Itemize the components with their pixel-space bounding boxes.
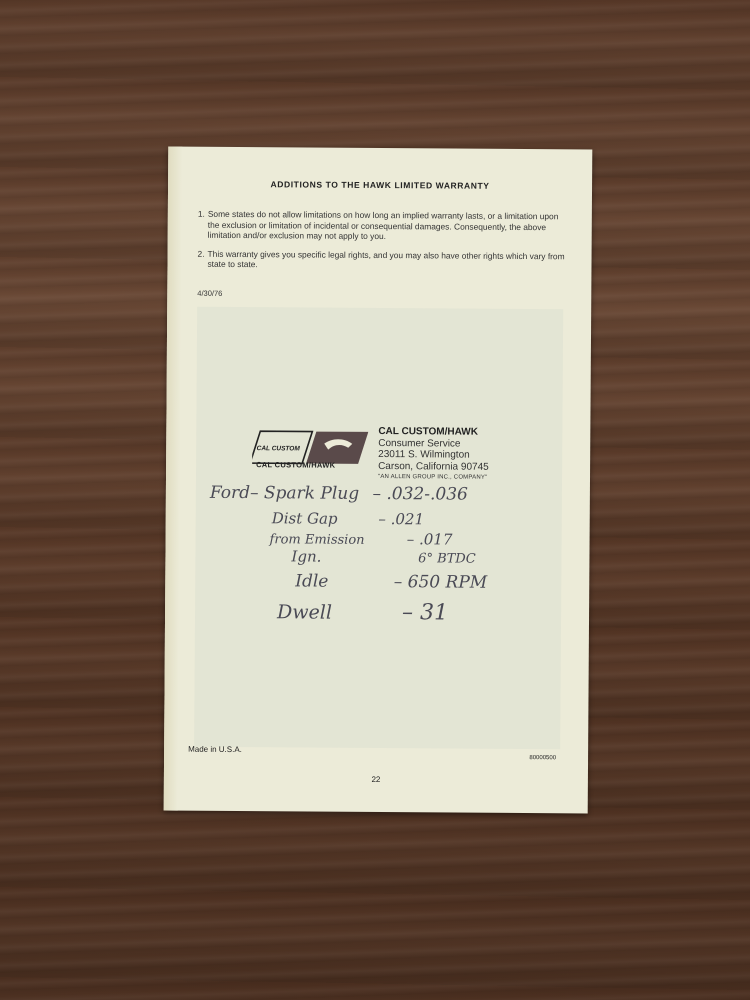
- page-title: ADDITIONS TO THE HAWK LIMITED WARRANTY: [168, 179, 592, 192]
- handwritten-note: Ign. 6° BTDC: [291, 547, 475, 566]
- warranty-item: 1. Some states do not allow limitations …: [198, 209, 570, 243]
- item-text: Some states do not allow limitations on …: [208, 209, 570, 243]
- tagline: "AN ALLEN GROUP INC., COMPANY": [378, 472, 489, 484]
- cal-custom-badge-text: CAL CUSTOM: [257, 445, 301, 452]
- consumer-service-address: CAL CUSTOM/HAWK Consumer Service 23011 S…: [378, 426, 489, 484]
- company-name: CAL CUSTOM/HAWK: [378, 426, 489, 438]
- handwritten-note: Dwell – 31: [277, 599, 448, 625]
- made-in-label: Made in U.S.A.: [188, 745, 242, 754]
- street: 23011 S. Wilmington: [378, 449, 489, 461]
- page-number: 22: [164, 774, 588, 786]
- handwritten-note: Ford– Spark Plug – .032-.036: [210, 483, 468, 505]
- city: Carson, California 90745: [378, 461, 489, 473]
- hawk-badge: [306, 431, 368, 463]
- item-text: This warranty gives you specific legal r…: [207, 248, 569, 272]
- revision-date: 4/30/76: [197, 289, 222, 298]
- warranty-item: 2. This warranty gives you specific lega…: [197, 248, 569, 272]
- warranty-items: 1. Some states do not allow limitations …: [197, 209, 569, 280]
- item-number: 2.: [197, 248, 207, 269]
- handwritten-note: Idle – 650 RPM: [295, 571, 487, 592]
- logo-caption: CAL CUSTOM/HAWK: [256, 460, 335, 470]
- handwritten-note: Dist Gap – .021: [272, 509, 424, 528]
- handwritten-note: from Emission – .017: [270, 529, 453, 548]
- item-number: 1.: [198, 209, 208, 241]
- department: Consumer Service: [378, 438, 489, 450]
- warranty-booklet-page: ADDITIONS TO THE HAWK LIMITED WARRANTY 1…: [164, 147, 593, 814]
- part-code: 80000500: [529, 755, 556, 761]
